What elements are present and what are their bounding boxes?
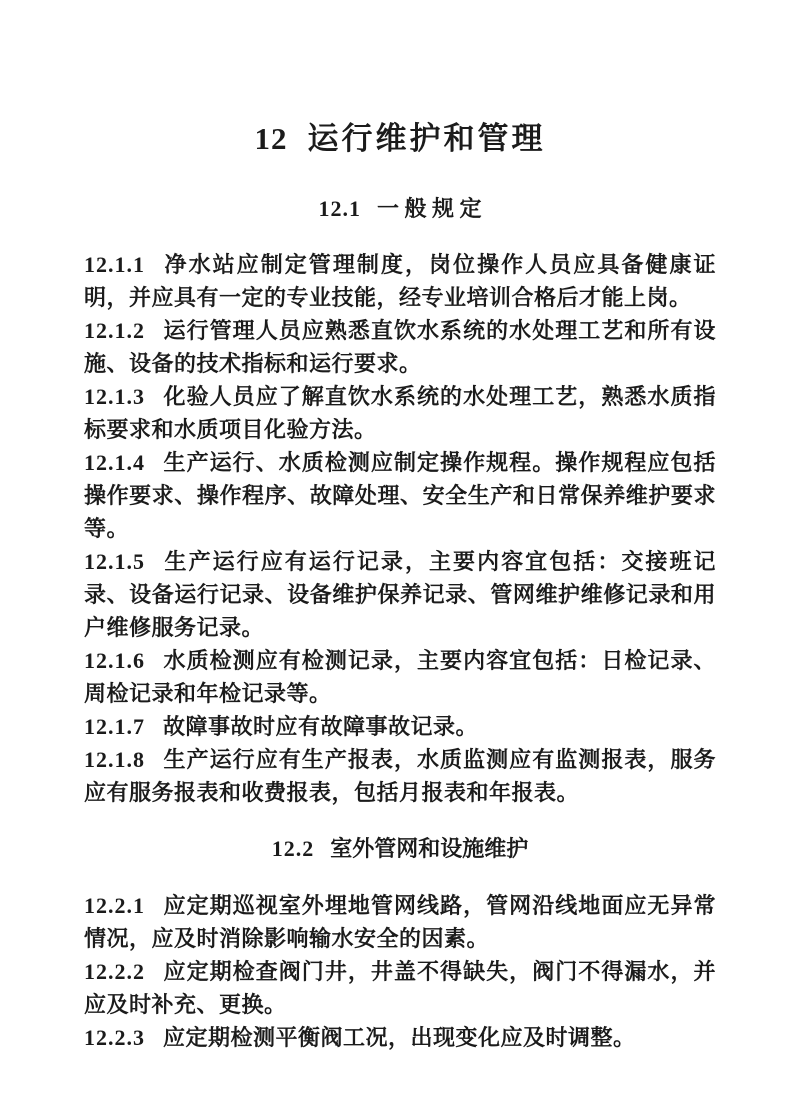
clause-12-2-2: 12.2.2应定期检查阀门井，井盖不得缺失，阀门不得漏水，并应及时补充、更换。 [84, 955, 716, 1021]
clause-text: 水质检测应有检测记录，主要内容宜包括：日检记录、周检记录和年检记录等。 [84, 648, 716, 706]
clause-number: 12.1.4 [84, 450, 145, 475]
clause-text: 生产运行应有生产报表，水质监测应有监测报表，服务应有服务报表和收费报表，包括月报… [84, 747, 716, 805]
clause-number: 12.1.1 [84, 252, 145, 277]
section-title: 室外管网和设施维护 [330, 836, 528, 861]
chapter-number: 12 [255, 121, 288, 156]
clause-number: 12.1.7 [84, 714, 145, 739]
clause-12-2-1: 12.2.1应定期巡视室外埋地管网线路，管网沿线地面应无异常情况，应及时消除影响… [84, 889, 716, 955]
section-title: 一 般 规 定 [377, 196, 482, 221]
clause-text: 应定期检测平衡阀工况，出现变化应及时调整。 [163, 1025, 636, 1050]
clause-12-1-1: 12.1.1净水站应制定管理制度，岗位操作人员应具备健康证明，并应具有一定的专业… [84, 248, 716, 314]
clause-number: 12.1.3 [84, 384, 145, 409]
clause-text: 生产运行、水质检测应制定操作规程。操作规程应包括操作要求、操作程序、故障处理、安… [84, 450, 716, 541]
clause-12-1-5: 12.1.5生产运行应有运行记录，主要内容宜包括：交接班记录、设备运行记录、设备… [84, 545, 716, 644]
clause-text: 应定期检查阀门井，井盖不得缺失，阀门不得漏水，并应及时补充、更换。 [84, 959, 716, 1017]
section-heading-12-1: 12.1一 般 规 定 [84, 196, 716, 222]
chapter-heading: 12运行维护和管理 [84, 122, 716, 156]
chapter-title: 运行维护和管理 [308, 121, 546, 156]
clause-12-1-3: 12.1.3化验人员应了解直饮水系统的水处理工艺，熟悉水质指标要求和水质项目化验… [84, 380, 716, 446]
clause-number: 12.2.2 [84, 959, 145, 984]
clause-12-1-4: 12.1.4生产运行、水质检测应制定操作规程。操作规程应包括操作要求、操作程序、… [84, 446, 716, 545]
clause-12-2-3: 12.2.3应定期检测平衡阀工况，出现变化应及时调整。 [84, 1021, 716, 1054]
clause-12-1-7: 12.1.7故障事故时应有故障事故记录。 [84, 710, 716, 743]
clause-number: 12.2.3 [84, 1025, 145, 1050]
section-heading-12-2: 12.2室外管网和设施维护 [84, 836, 716, 862]
clause-text: 化验人员应了解直饮水系统的水处理工艺，熟悉水质指标要求和水质项目化验方法。 [84, 384, 716, 442]
clause-number: 12.1.8 [84, 747, 145, 772]
clause-text: 生产运行应有运行记录，主要内容宜包括：交接班记录、设备运行记录、设备维护保养记录… [84, 549, 716, 640]
clause-number: 12.1.6 [84, 648, 145, 673]
clause-text: 应定期巡视室外埋地管网线路，管网沿线地面应无异常情况，应及时消除影响输水安全的因… [84, 893, 716, 951]
section-number: 12.2 [272, 836, 315, 861]
section-number: 12.1 [318, 196, 361, 221]
document-page: 12运行维护和管理 12.1一 般 规 定 12.1.1净水站应制定管理制度，岗… [0, 0, 800, 1120]
clause-number: 12.1.2 [84, 318, 145, 343]
clause-12-1-8: 12.1.8生产运行应有生产报表，水质监测应有监测报表，服务应有服务报表和收费报… [84, 743, 716, 809]
clause-text: 净水站应制定管理制度，岗位操作人员应具备健康证明，并应具有一定的专业技能，经专业… [84, 252, 716, 310]
clause-number: 12.1.5 [84, 549, 145, 574]
clause-12-1-6: 12.1.6水质检测应有检测记录，主要内容宜包括：日检记录、周检记录和年检记录等… [84, 644, 716, 710]
clause-text: 运行管理人员应熟悉直饮水系统的水处理工艺和所有设施、设备的技术指标和运行要求。 [84, 318, 716, 376]
clause-12-1-2: 12.1.2运行管理人员应熟悉直饮水系统的水处理工艺和所有设施、设备的技术指标和… [84, 314, 716, 380]
clause-text: 故障事故时应有故障事故记录。 [163, 714, 478, 739]
clause-number: 12.2.1 [84, 893, 145, 918]
